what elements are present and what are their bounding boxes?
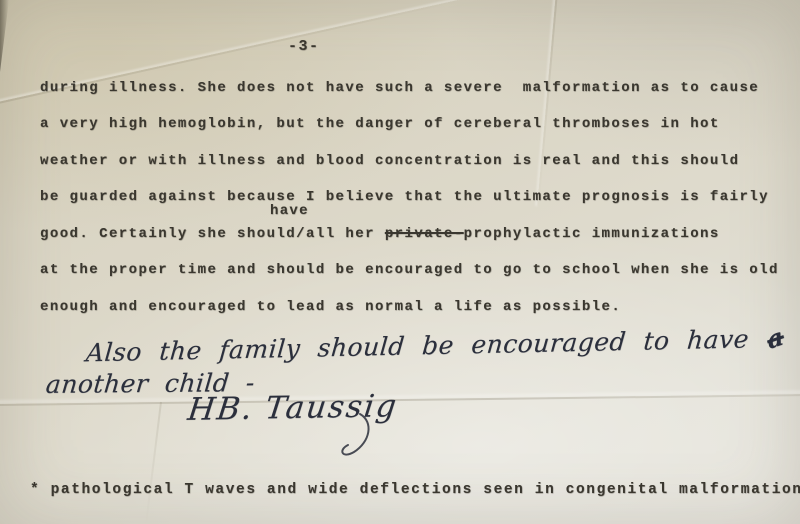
typed-insertion-have: have bbox=[270, 203, 309, 219]
typed-line-6: at the proper time and should be encoura… bbox=[40, 252, 779, 288]
footnote-pathological-t-waves: * pathological T waves and wide deflecti… bbox=[30, 482, 800, 498]
typed-line-7: enough and encouraged to lead as normal … bbox=[40, 289, 779, 325]
paper-edge-shadow-top-left bbox=[0, 0, 9, 72]
typed-line-5-suffix: prophylactic immunizations bbox=[464, 226, 720, 242]
handwritten-note-line-1-text: Also the family should be encouraged to … bbox=[85, 324, 768, 367]
document-photo: -3- during illness. She does not have su… bbox=[0, 0, 800, 524]
handwritten-note-line-1: Also the family should be encouraged to … bbox=[85, 324, 785, 368]
struck-out-word-private: private- bbox=[385, 226, 464, 242]
letter-page: -3- during illness. She does not have su… bbox=[0, 0, 800, 524]
page-number: -3- bbox=[288, 38, 320, 55]
typed-line-5-prefix: good. Certainly she should/all her bbox=[40, 226, 385, 242]
typed-line-3: weather or with illness and blood concen… bbox=[40, 143, 779, 179]
signature-hb-taussig: HB. Taussig bbox=[186, 388, 400, 428]
typed-line-1: during illness. She does not have such a… bbox=[40, 70, 779, 106]
typed-line-4: be guarded against because I believe tha… bbox=[40, 179, 779, 215]
scribbled-out-letter: a bbox=[763, 322, 786, 355]
paper-crease-vertical-bottom bbox=[145, 402, 162, 524]
typed-body-paragraph: during illness. She does not have such a… bbox=[40, 70, 779, 325]
typed-line-5: good. Certainly she should/all her priva… bbox=[40, 216, 779, 252]
typed-line-2: a very high hemoglobin, but the danger o… bbox=[40, 106, 779, 142]
